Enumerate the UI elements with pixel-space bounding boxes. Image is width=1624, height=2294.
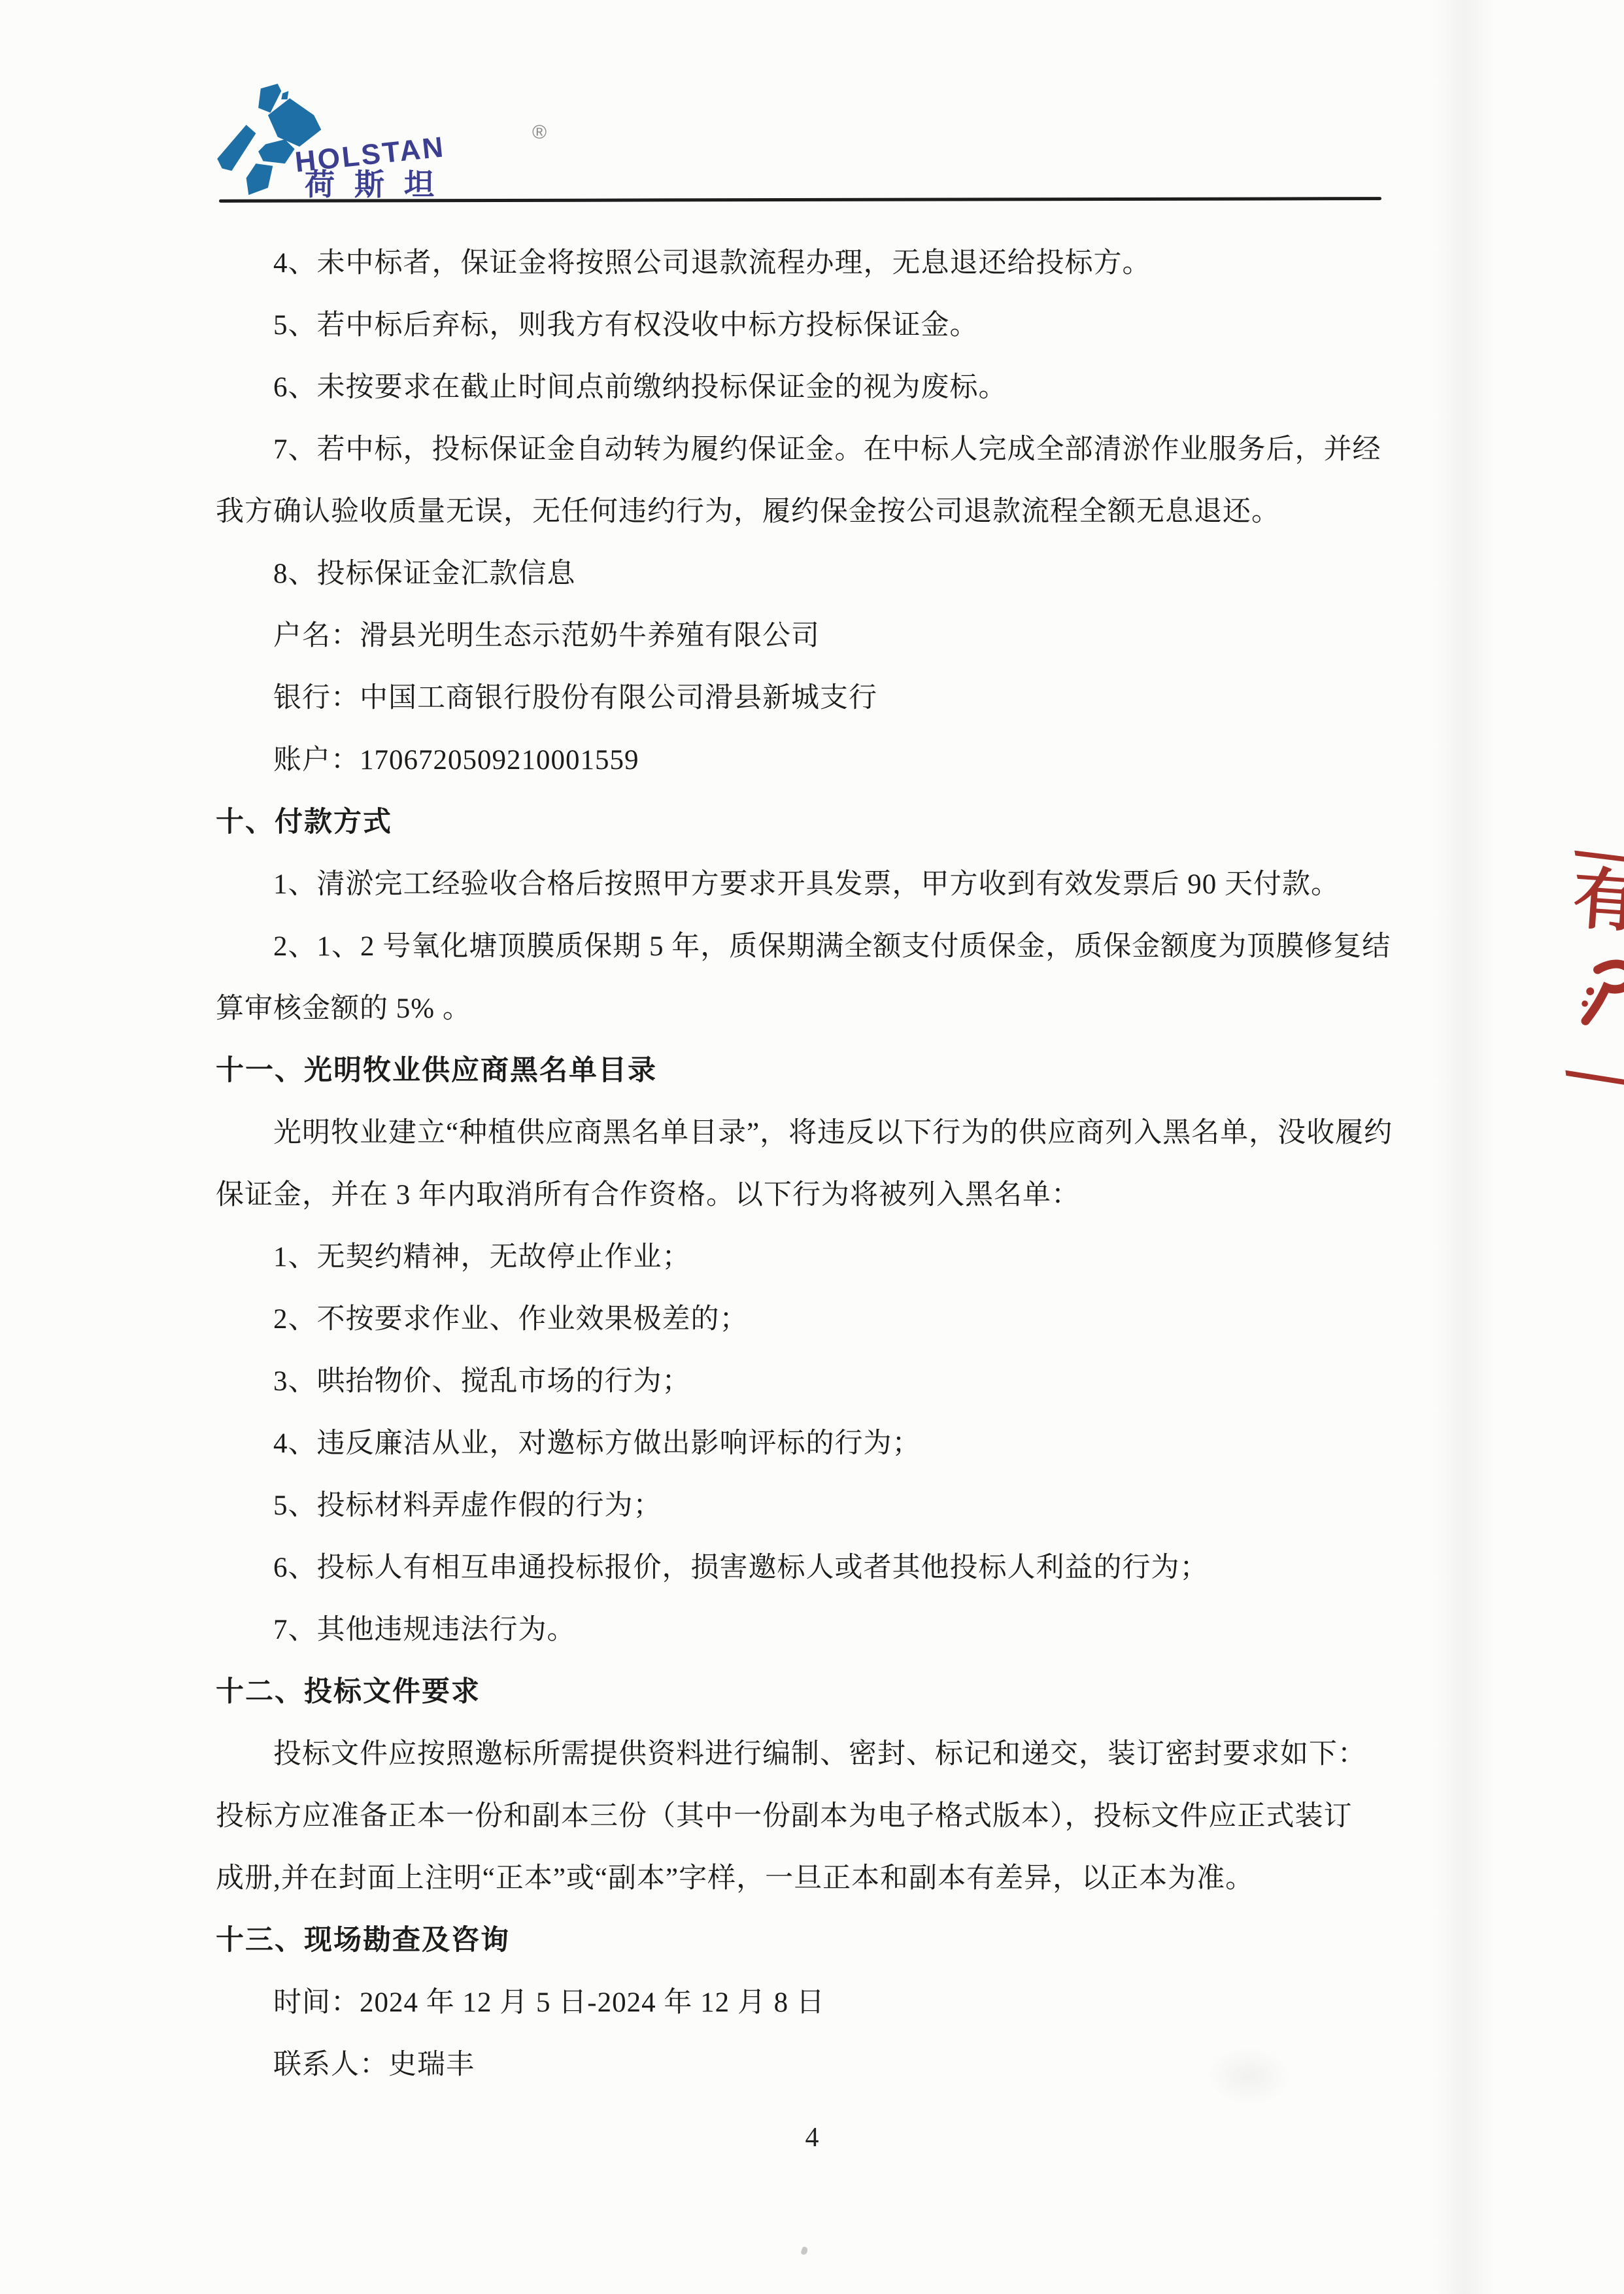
scanned-document-page: HOLSTAN ® 荷斯坦 4、未中标者，保证金将按照公司退款流程办理，无息退还… <box>0 0 1624 2294</box>
scan-smudge-artifact <box>1206 2047 1291 2106</box>
document-line: 账户：1706720509210001559 <box>216 729 1412 791</box>
registered-trademark-icon: ® <box>532 122 547 144</box>
section-heading: 十、付款方式 <box>216 791 1412 853</box>
document-line: 银行：中国工商银行股份有限公司滑县新城支行 <box>216 667 1412 729</box>
document-line: 4、违反廉洁从业，对邀标方做出影响评标的行为； <box>216 1412 1412 1475</box>
document-line: 2、1、2 号氧化塘顶膜质保期 5 年，质保期满全额支付质保金，质保金额度为顶膜… <box>216 916 1412 978</box>
scan-speck-artifact <box>800 2246 808 2255</box>
document-line: 时间：2024 年 12 月 5 日-2024 年 12 月 8 日 <box>216 1972 1412 2034</box>
document-line: 1、清淤完工经验收合格后按照甲方要求开具发票，甲方收到有效发票后 90 天付款。 <box>216 853 1412 916</box>
document-line: 6、未按要求在截止时间点前缴纳投标保证金的视为废标。 <box>216 356 1412 419</box>
scan-streak-artifact <box>1435 0 1494 2294</box>
document-line: 成册,并在封面上注明“正本”或“副本”字样，一旦正本和副本有差异，以正本为准。 <box>216 1847 1412 1909</box>
red-annotation-character: 有 <box>1571 866 1624 938</box>
document-line: 5、若中标后弃标，则我方有权没收中标方投标保证金。 <box>216 294 1412 356</box>
red-annotation-stroke: 一 <box>1555 1039 1624 1132</box>
document-line: 1、无契约精神，无故停止作业； <box>216 1226 1412 1288</box>
document-line: 5、投标材料弄虚作假的行为； <box>216 1475 1412 1537</box>
document-line: 3、哄抬物价、搅乱市场的行为； <box>216 1350 1412 1412</box>
document-line: 8、投标保证金汇款信息 <box>216 543 1412 605</box>
document-line: 光明牧业建立“种植供应商黑名单目录”，将违反以下行为的供应商列入黑名单，没收履约 <box>216 1102 1412 1164</box>
section-heading: 十二、投标文件要求 <box>216 1661 1412 1723</box>
document-line: 保证金，并在 3 年内取消所有合作资格。以下行为将被列入黑名单： <box>216 1164 1412 1226</box>
document-body: 4、未中标者，保证金将按照公司退款流程办理，无息退还给投标方。5、若中标后弃标，… <box>216 232 1412 2096</box>
document-line: 投标方应准备正本一份和副本三份（其中一份副本为电子格式版本），投标文件应正式装订 <box>216 1785 1412 1847</box>
document-line: 算审核金额的 5% 。 <box>216 978 1412 1040</box>
section-heading: 十一、光明牧业供应商黑名单目录 <box>216 1040 1412 1102</box>
document-line: 2、不按要求作业、作业效果极差的； <box>216 1288 1412 1350</box>
company-logo: HOLSTAN ® 荷斯坦 <box>213 84 618 208</box>
document-line: 投标文件应按照邀标所需提供资料进行编制、密封、标记和递交，装订密封要求如下： <box>216 1723 1412 1785</box>
document-line: 7、若中标，投标保证金自动转为履约保证金。在中标人完成全部清淤作业服务后，并经 <box>216 419 1412 481</box>
red-annotation-squiggle <box>1565 954 1624 1036</box>
document-line: 7、其他违规违法行为。 <box>216 1599 1412 1661</box>
brand-wordmark-chinese: 荷斯坦 <box>305 161 454 204</box>
document-line: 4、未中标者，保证金将按照公司退款流程办理，无息退还给投标方。 <box>216 232 1412 294</box>
document-line: 户名：滑县光明生态示范奶牛养殖有限公司 <box>216 605 1412 667</box>
document-line: 6、投标人有相互串通投标报价，损害邀标人或者其他投标人利益的行为； <box>216 1537 1412 1599</box>
page-number: 4 <box>0 2122 1624 2153</box>
section-heading: 十三、现场勘查及咨询 <box>216 1909 1412 1972</box>
document-line: 我方确认验收质量无误，无任何违约行为，履约保金按公司退款流程全额无息退还。 <box>216 481 1412 543</box>
